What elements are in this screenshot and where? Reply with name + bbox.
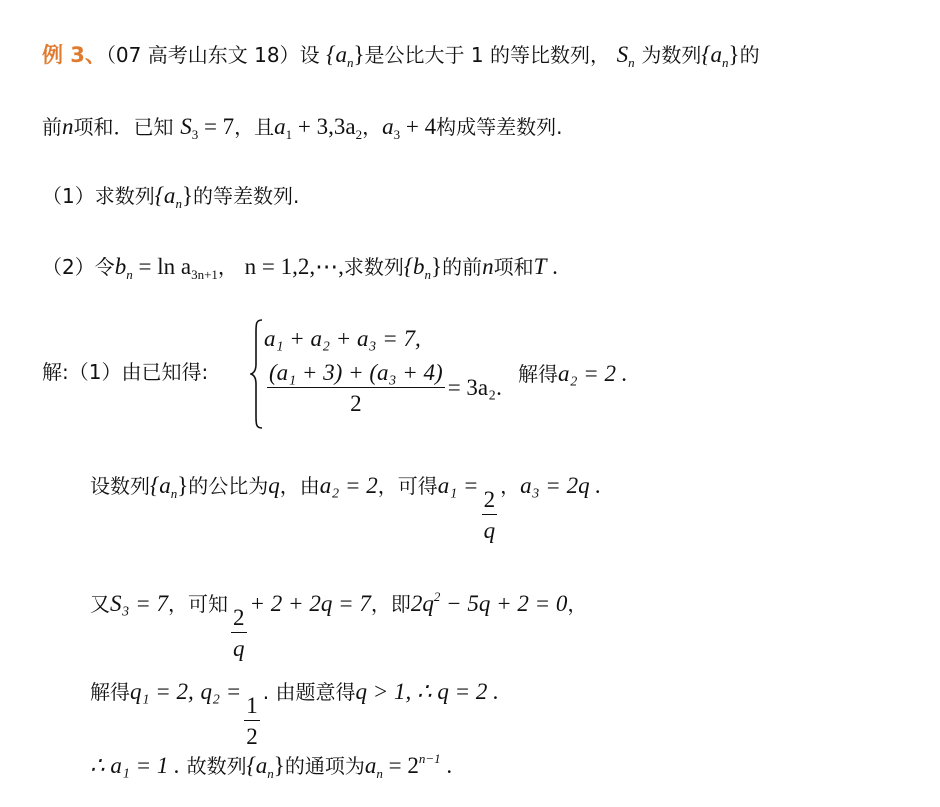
solution-step-3: 又S₃ = 7，可知2q+ 2 + 2q = 7，即2q2 − 5q + 2 =… [90,590,587,662]
solution-step-1-result: 解得a₂ = 2 . [518,362,628,385]
sequence-a: {an} [326,42,364,67]
problem-statement-line-1: 例 3、（07 高考山东文 18）设 {an}是公比大于 1 的等比数列， Sn… [42,43,760,69]
problem-source: （07 高考山东文 18） [106,43,300,67]
example-label: 例 3、 [42,43,106,67]
question-part-2: （2）令bn = ln a3n+1， n = 1,2,⋯,求数列{bn}的前n项… [42,255,558,281]
system-equation-2: (a₁ + 3) + (a₃ + 4)2 = 3a₂. [264,360,502,417]
solution-step-4: 解得q₁ = 2, q₂ =12. 由题意得q > 1, ∴ q = 2 . [90,680,499,750]
sum-S: Sn [617,42,635,67]
solution-step-5: ∴ a₁ = 1 . 故数列{an}的通项为an = 2n−1 . [90,752,452,780]
left-brace-icon [250,318,264,430]
system-equation-1: a₁ + a₂ + a₃ = 7, [264,326,421,352]
solution-step-2: 设数列{an}的公比为q，由a₂ = 2，可得a₁ =2q，a₃ = 2q . [90,474,601,544]
solution-step-1-label: 解:（1）由已知得: [42,362,208,383]
problem-statement-line-2: 前n项和．已知 S3 = 7，且a1 + 3,3a2，a3 + 4构成等差数列. [42,115,562,141]
sequence-a: {an} [701,42,739,67]
question-part-1: （1）求数列{an}的等差数列. [42,184,299,210]
